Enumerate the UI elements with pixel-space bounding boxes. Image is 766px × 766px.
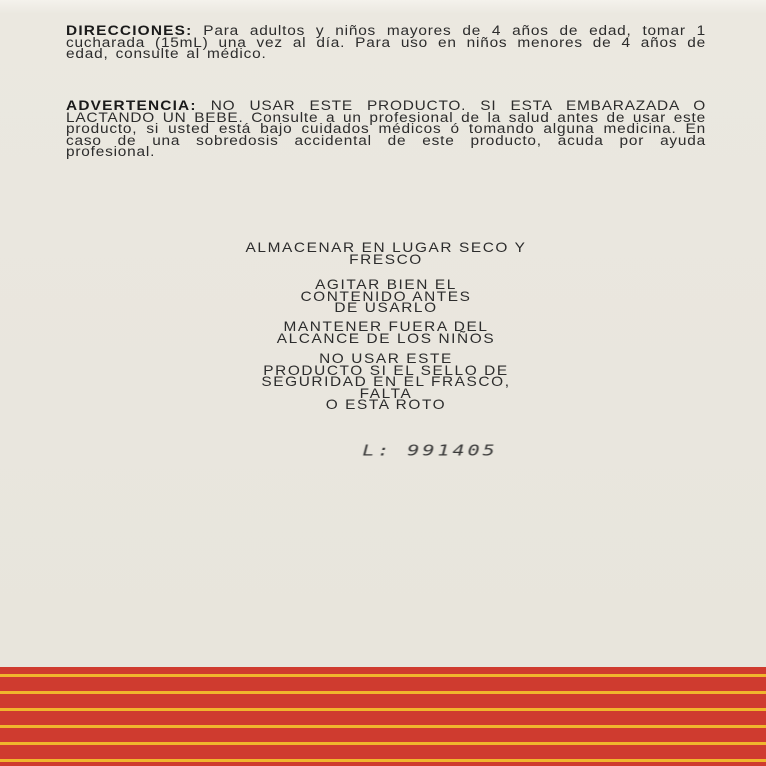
yellow-stripe — [0, 674, 766, 677]
children-notice: MANTENER FUERA DEL ALCANCE DE LOS NIÑOS — [66, 322, 706, 345]
notice-line: O ESTA ROTO — [66, 400, 706, 412]
directions-paragraph: DIRECCIONES: Para adultos y niños mayore… — [66, 26, 706, 61]
yellow-stripe — [0, 708, 766, 711]
storage-notice: ALMACENAR EN LUGAR SECO Y FRESCO — [66, 243, 706, 266]
notice-line: ALCANCE DE LOS NIÑOS — [66, 334, 706, 346]
yellow-stripe — [0, 725, 766, 728]
notice-line: DE USARLO — [66, 303, 706, 315]
lot-number: L: 991405 — [300, 441, 560, 459]
yellow-stripe — [0, 691, 766, 694]
shake-notice: AGITAR BIEN EL CONTENIDO ANTES DE USARLO — [66, 280, 706, 315]
seal-notice: NO USAR ESTE PRODUCTO SI EL SELLO DE SEG… — [66, 354, 706, 412]
red-striped-band — [0, 667, 766, 766]
warning-paragraph: ADVERTENCIA: NO USAR ESTE PRODUCTO. SI E… — [66, 101, 706, 159]
notice-line: FRESCO — [66, 255, 706, 267]
yellow-stripe — [0, 759, 766, 762]
yellow-stripe — [0, 742, 766, 745]
